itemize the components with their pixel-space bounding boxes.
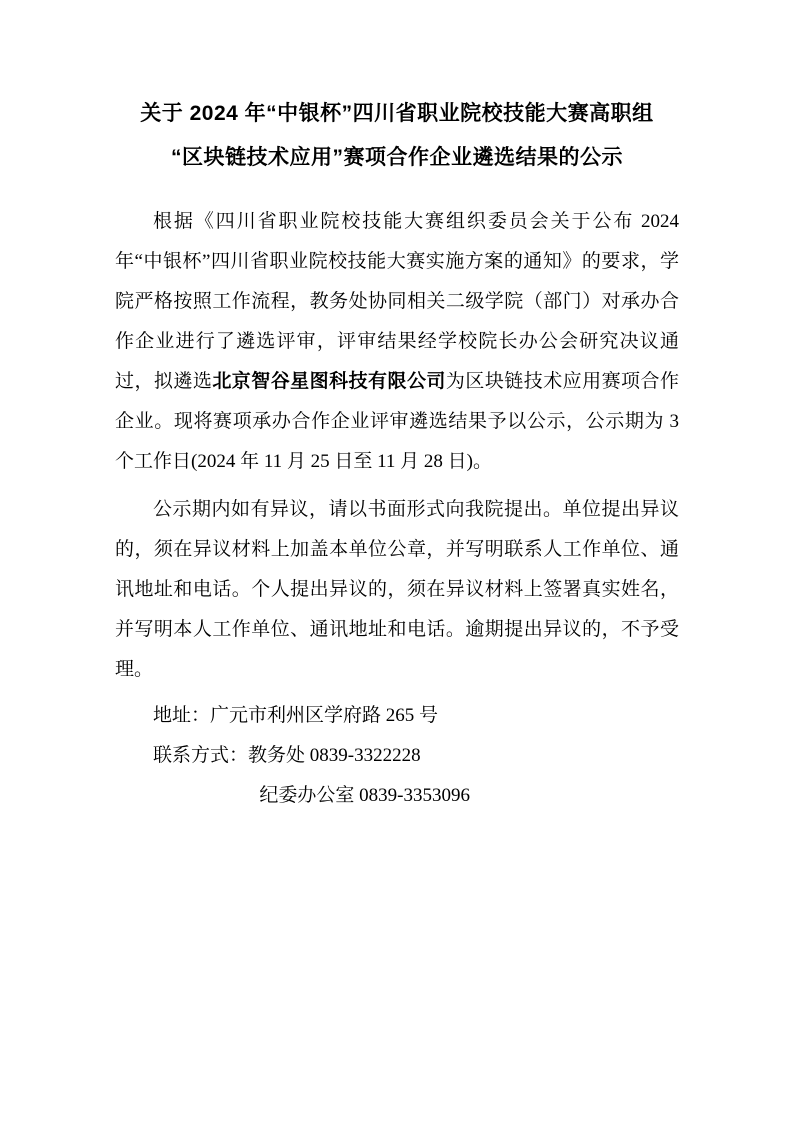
paragraph-1-text-before-company: 根据《四川省职业院校技能大赛组织委员会关于公布 2024 年“中银杯”四川省职业… — [115, 211, 679, 392]
title-line-2: “区块链技术应用”赛项合作企业遴选结果的公示 — [115, 136, 679, 180]
document-title: 关于 2024 年“中银杯”四川省职业院校技能大赛高职组 “区块链技术应用”赛项… — [115, 92, 679, 180]
selected-company-name: 北京智谷星图科技有限公司 — [212, 371, 446, 392]
paragraph-selection-result: 根据《四川省职业院校技能大赛组织委员会关于公布 2024 年“中银杯”四川省职业… — [115, 202, 679, 482]
contact-line-academic-affairs: 联系方式：教务处 0839-3322228 — [115, 736, 679, 776]
document-body: 根据《四川省职业院校技能大赛组织委员会关于公布 2024 年“中银杯”四川省职业… — [115, 202, 679, 816]
paragraph-objection-instructions: 公示期内如有异议，请以书面形式向我院提出。单位提出异议的，须在异议材料上加盖本单… — [115, 490, 679, 690]
contact-line-discipline-office: 纪委办公室 0839-3353096 — [115, 776, 679, 816]
title-line-1: 关于 2024 年“中银杯”四川省职业院校技能大赛高职组 — [115, 92, 679, 136]
document-page: 关于 2024 年“中银杯”四川省职业院校技能大赛高职组 “区块链技术应用”赛项… — [0, 0, 793, 1122]
address-line: 地址：广元市利州区学府路 265 号 — [115, 696, 679, 736]
